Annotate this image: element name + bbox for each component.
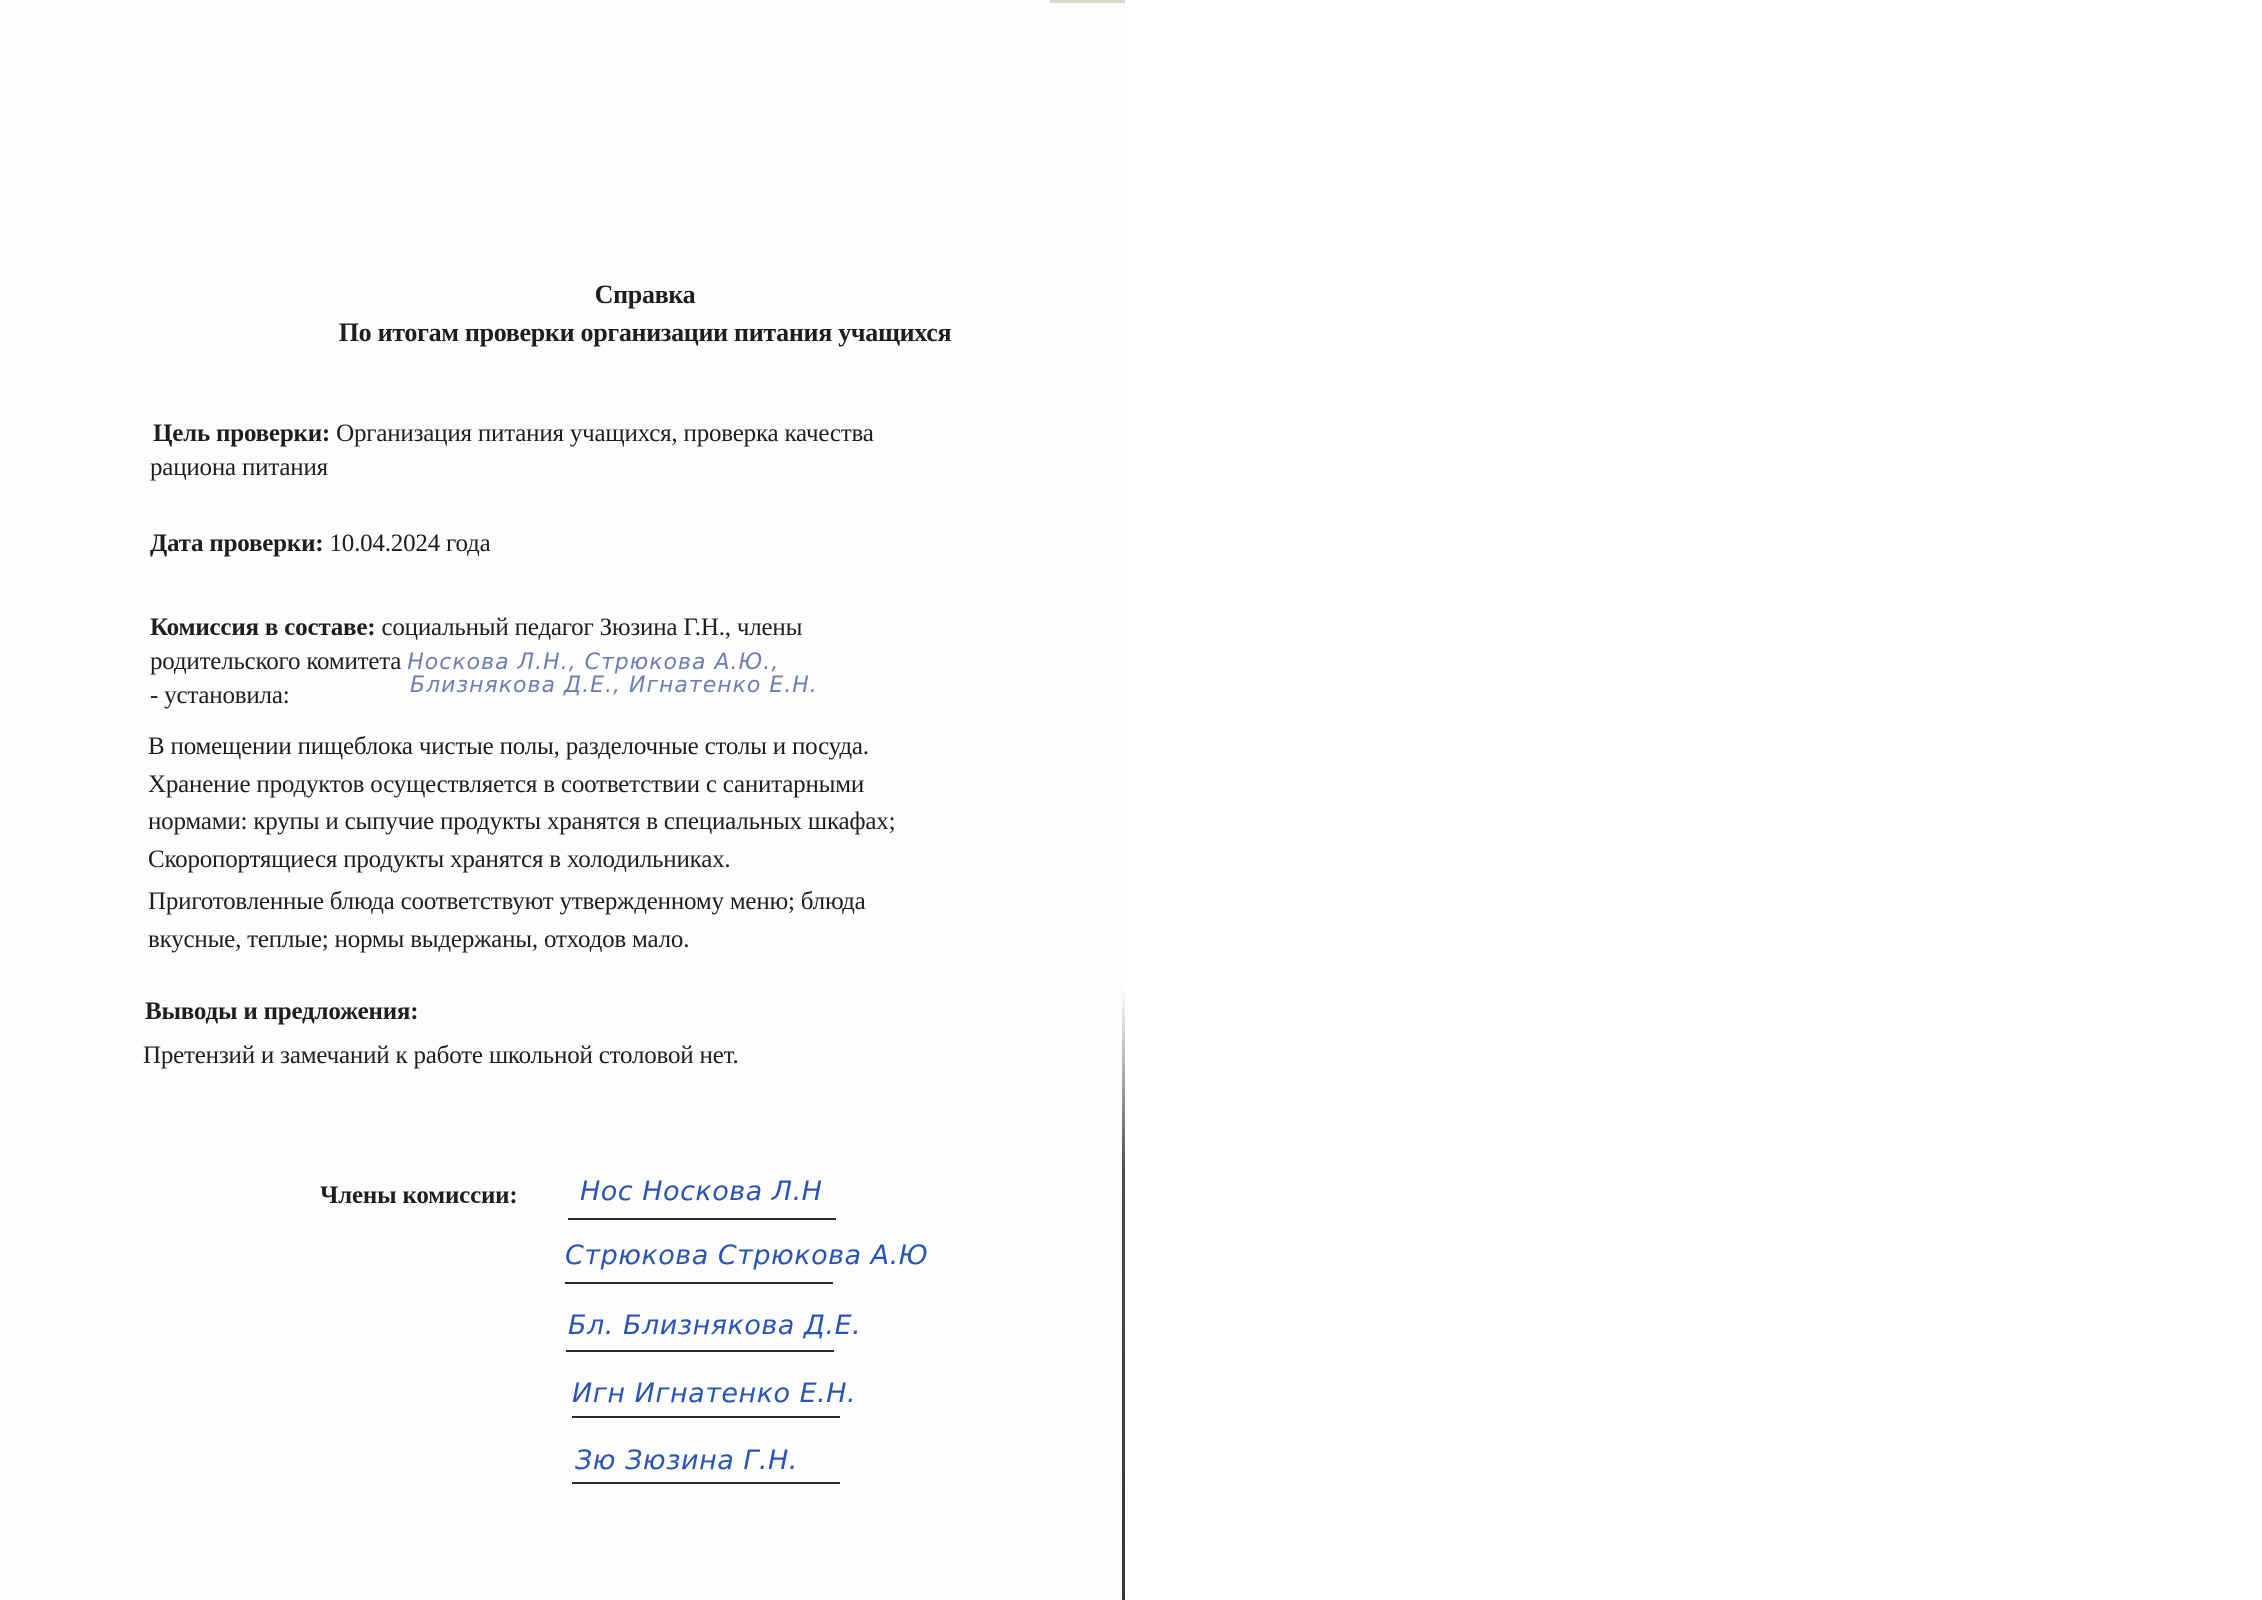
signature-underline [572, 1416, 840, 1418]
scanned-page: Справка По итогам проверки организации п… [0, 0, 1125, 1600]
signature-underline [565, 1282, 833, 1284]
purpose-text-1: Организация питания учащихся, проверка к… [336, 420, 874, 447]
commission-line-2: родительского комитета Носкова Л.Н., Стр… [150, 648, 779, 676]
handwritten-members-1: Носкова Л.Н., Стрюкова А.Ю., [407, 650, 779, 675]
finding-line: Приготовленные блюда соответствуют утвер… [148, 888, 866, 916]
signature-underline [566, 1350, 834, 1352]
signature-entry: Игн Игнатенко Е.Н. [572, 1378, 856, 1409]
finding-line: вкусные, теплые; нормы выдержаны, отходо… [148, 926, 689, 954]
conclusions-label: Выводы и предложения: [145, 998, 418, 1026]
purpose-label: Цель проверки: [153, 420, 330, 447]
signature-underline [572, 1482, 840, 1484]
conclusions-text: Претензий и замечаний к работе школьной … [143, 1042, 739, 1070]
page-right-edge [1122, 990, 1125, 1600]
commission-text-1: социальный педагог Зюзина Г.Н., члены [381, 614, 802, 641]
date-value: 10.04.2024 года [329, 530, 490, 557]
signature-entry: Зю Зюзина Г.Н. [575, 1445, 798, 1476]
signature-underline [568, 1218, 836, 1220]
signature-entry: Нос Носкова Л.Н [580, 1176, 822, 1207]
purpose-line-1: Цель проверки: Организация питания учащи… [153, 420, 874, 448]
date-line: Дата проверки: 10.04.2024 года [150, 530, 490, 558]
signatures-label: Члены комиссии: [320, 1182, 518, 1210]
commission-text-2: родительского комитета [150, 648, 401, 675]
commission-line-1: Комиссия в составе: социальный педагог З… [150, 614, 802, 642]
signature-entry: Стрюкова Стрюкова А.Ю [565, 1240, 928, 1271]
handwritten-members-2: Близнякова Д.Е., Игнатенко Е.Н. [410, 673, 818, 698]
page-top-edge [1050, 0, 1125, 3]
established-label: - установила: [150, 682, 289, 709]
date-label: Дата проверки: [150, 530, 323, 557]
commission-line-3: - установила: [150, 682, 289, 710]
finding-line: нормами: крупы и сыпучие продукты хранят… [148, 808, 895, 836]
document-subtitle: По итогам проверки организации питания у… [0, 318, 1290, 348]
finding-line: Хранение продуктов осуществляется в соот… [148, 771, 864, 799]
commission-label: Комиссия в составе: [150, 614, 375, 641]
finding-line: Скоропортящиеся продукты хранятся в холо… [148, 846, 730, 874]
finding-line: В помещении пищеблока чистые полы, разде… [148, 733, 869, 761]
signature-entry: Бл. Близнякова Д.Е. [568, 1310, 861, 1341]
purpose-text-2: рациона питания [150, 454, 328, 482]
document-title: Справка [0, 280, 1290, 310]
